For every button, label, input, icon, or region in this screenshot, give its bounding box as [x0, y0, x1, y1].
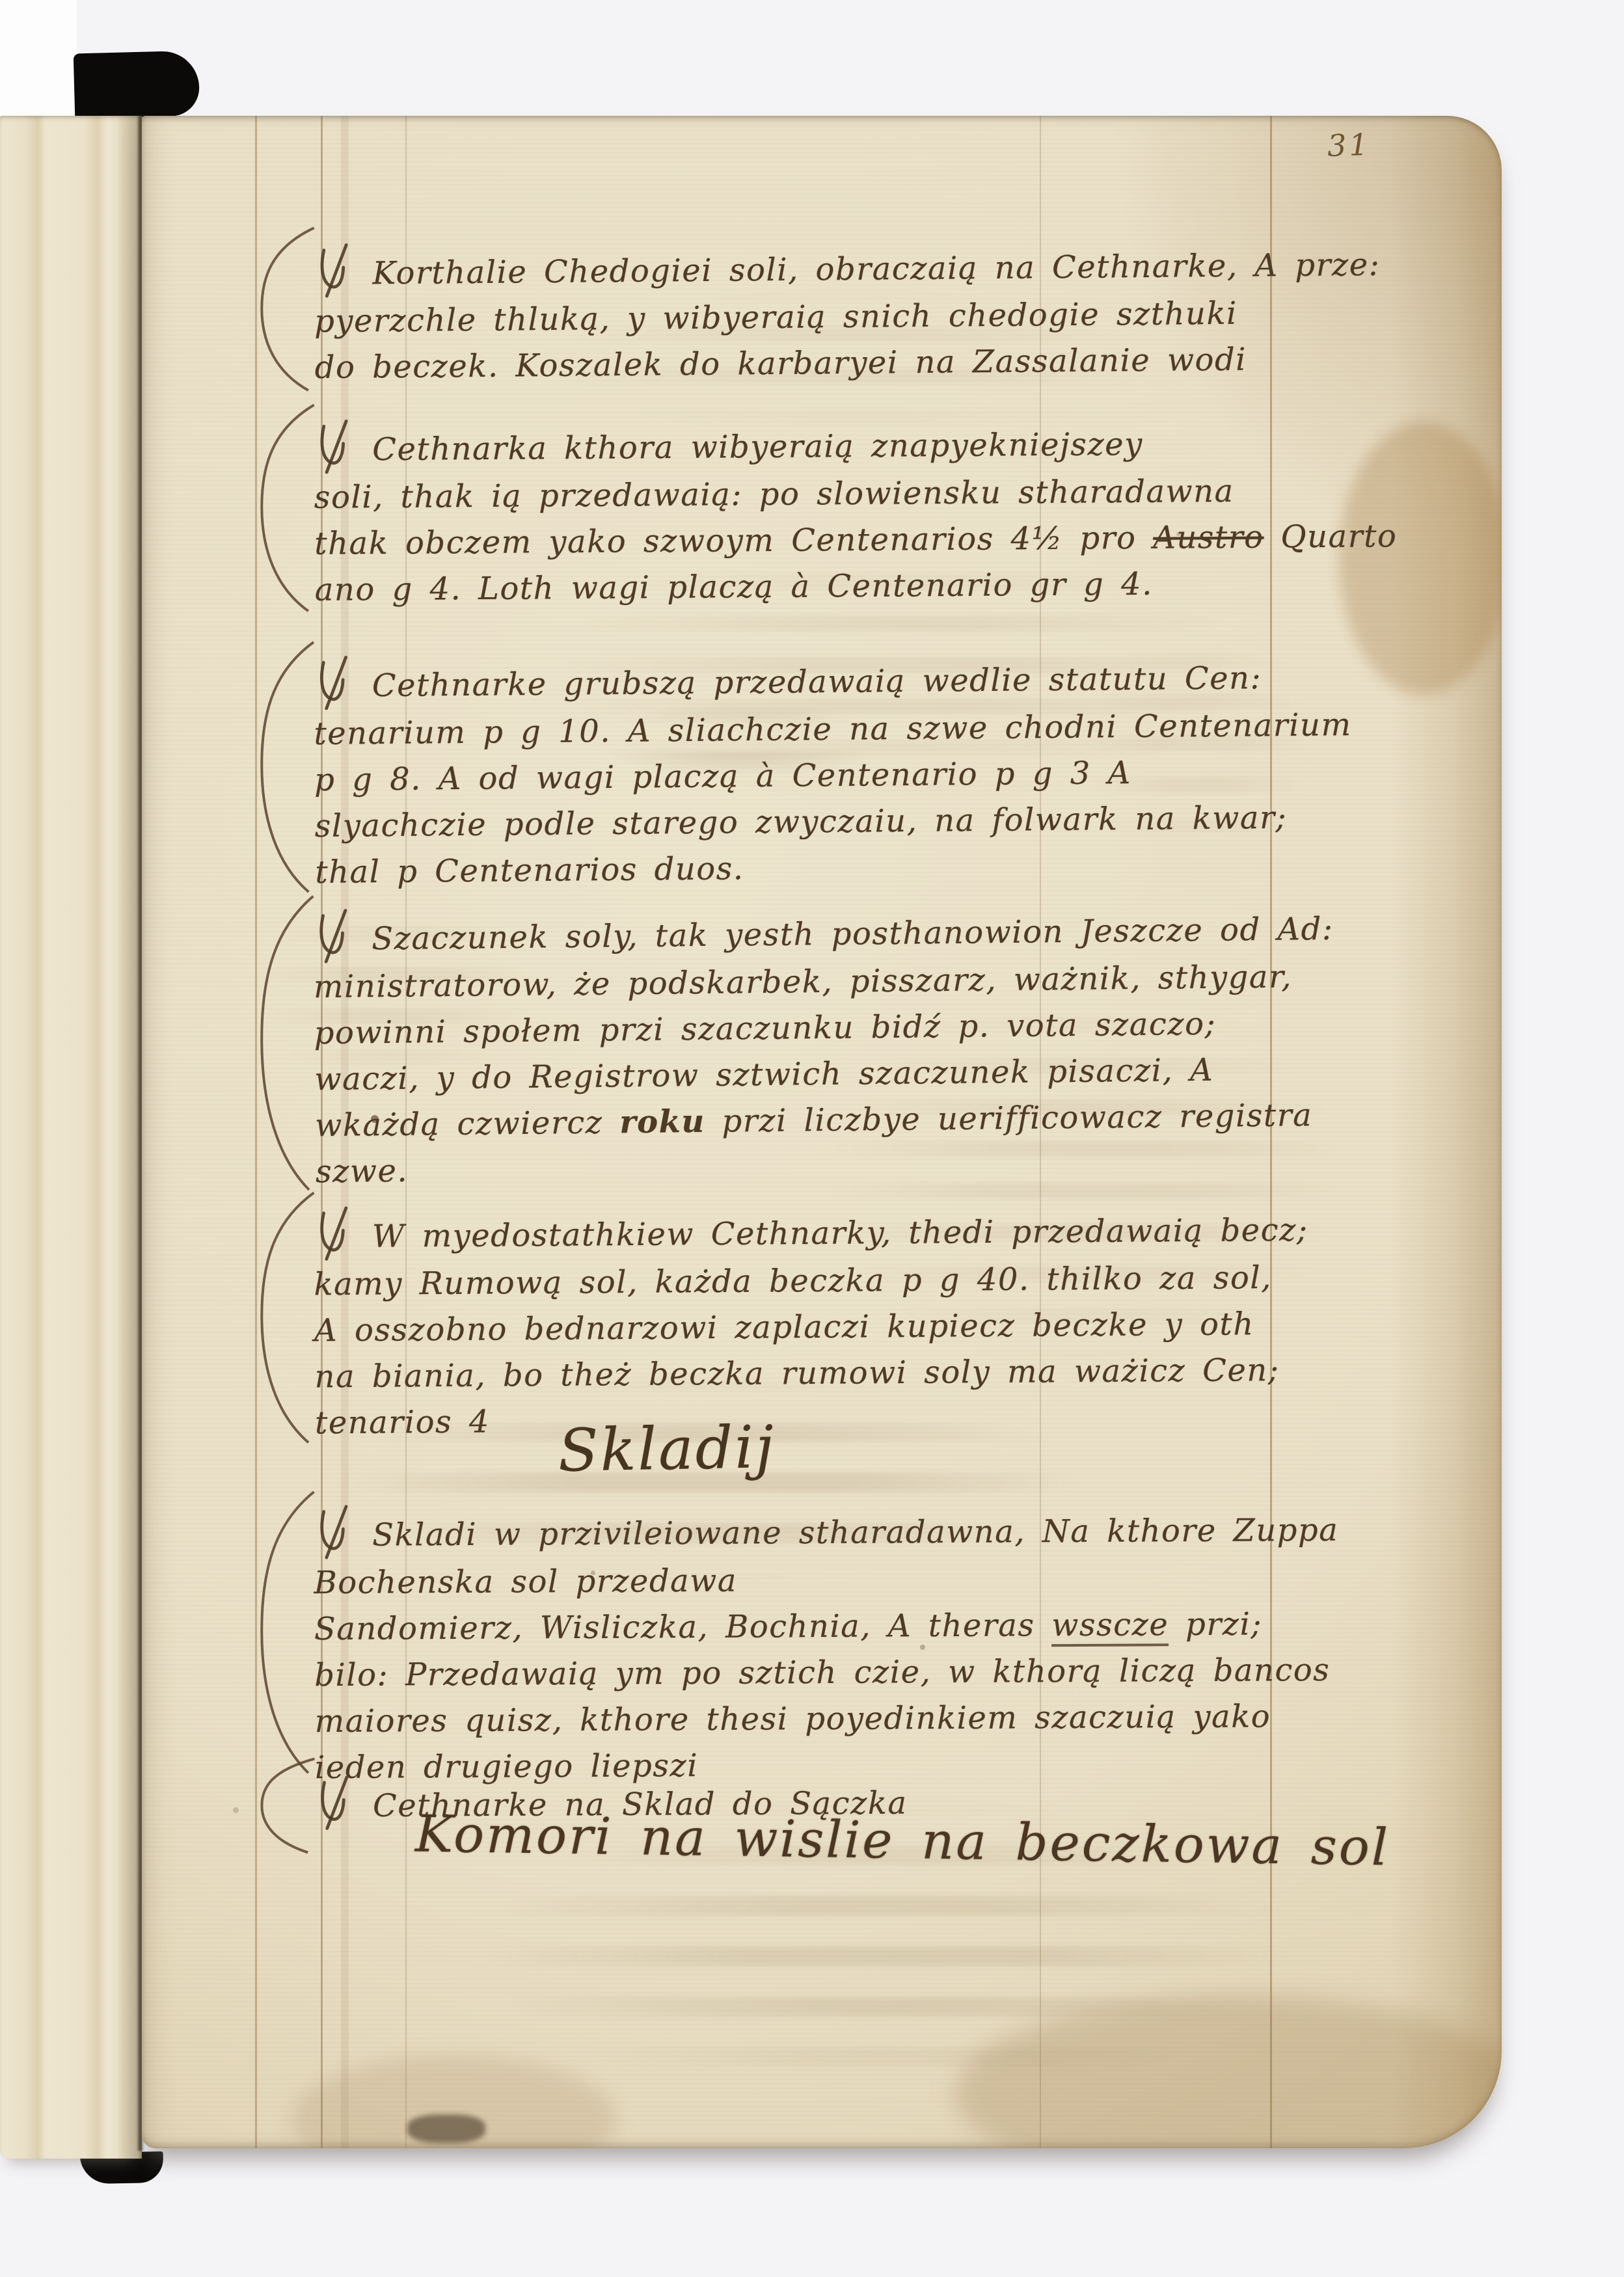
margin-bracket-icon: [251, 1187, 325, 1448]
emphasized-word: roku: [619, 1103, 705, 1140]
paragraph-line: slyachczie podle starego zwyczaiu, na fo…: [314, 794, 1353, 850]
paragraph-line: kamy Rumową sol, każda beczka p g 40. th…: [314, 1255, 1308, 1308]
paragraph-line: Bochenska sol przedawa: [314, 1555, 1339, 1606]
left-page-edges: [0, 116, 142, 2159]
paragraph-line: bilo: Przedawaią ym po sztich czie, w kt…: [314, 1647, 1340, 1699]
scanner-bed-corner: [0, 0, 77, 117]
paragraph: Szaczunek soly, tak yesth posthanowion J…: [313, 898, 1336, 1195]
paragraph: Korthalie Chedogiei soli, obraczaią na C…: [314, 234, 1381, 391]
paragraph-line: W myedostathkiew Cethnarky, thedi przeda…: [372, 1212, 1308, 1255]
paragraph-line: thak obczem yako szwoym Centenarios 4½ p…: [314, 513, 1398, 567]
paragraph: Cethnarka kthora wibyeraią znapyekniejsz…: [314, 411, 1398, 613]
paragraph-line: soli, thak ią przedawaią: po slowiensku …: [314, 467, 1398, 521]
underlined-word: wsscze: [1051, 1606, 1169, 1647]
paragraph-line: Cethnarka kthora wibyeraią znapyekniejsz…: [372, 426, 1143, 468]
binding-strap-top: [74, 51, 200, 119]
paragraph: Cethnarke grubszą przedawaią wedlie stat…: [313, 646, 1353, 896]
section-heading-sklady: Skladij: [558, 1415, 776, 1484]
paragraph-line: Cethnarke grubszą przedawaią wedlie stat…: [372, 660, 1262, 704]
paragraph-line: Korthalie Chedogiei soli, obraczaią na C…: [372, 247, 1380, 292]
margin-bracket-icon: [250, 637, 324, 898]
paragraph: Skladi w przivileiowane stharadawna, Na …: [314, 1499, 1340, 1791]
paragraph-line: na biania, bo theż beczka rumowi soly ma…: [314, 1347, 1309, 1401]
margin-bracket-icon: [250, 890, 325, 1196]
paragraph-line: maiores quisz, kthore thesi poyedinkiem …: [314, 1693, 1340, 1745]
paragraph-line: Sandomierz, Wisliczka, Bochnia, A theras…: [314, 1601, 1340, 1652]
paragraph-line: tenarium p g 10. A sliachczie na szwe ch…: [314, 702, 1352, 757]
margin-bracket-icon: [251, 1486, 324, 1779]
manuscript-page: 31 Korthalie Chedogiei soli, obraczaią n…: [142, 116, 1502, 2148]
paragraph: W myedostathkiew Cethnarky, thedi przeda…: [314, 1199, 1310, 1447]
margin-bracket-icon: [251, 224, 324, 394]
paragraph-line: tenarios 4: [315, 1394, 1310, 1447]
paragraph-line: A osszobno bednarzowi zaplaczi kupiecz b…: [314, 1301, 1309, 1354]
paragraph-line: Szaczunek soly, tak yesth posthanowion J…: [372, 911, 1334, 957]
paragraph-line: ano g 4. Loth wagi placzą à Centenario g…: [315, 559, 1398, 613]
struck-word: Austro: [1153, 519, 1264, 556]
paragraph-line: do beczek. Koszalek do karbaryei na Zass…: [314, 336, 1381, 391]
paragraph-line: thal p Centenarios duos.: [315, 841, 1353, 896]
paragraph-line: Skladi w przivileiowane stharadawna, Na …: [372, 1512, 1338, 1554]
margin-bracket-icon: [252, 1757, 324, 1855]
margin-bracket-icon: [251, 401, 324, 616]
smudge: [407, 2114, 485, 2143]
scanned-manuscript: 31 Korthalie Chedogiei soli, obraczaią n…: [0, 0, 1624, 2277]
ink-speck: [233, 1807, 239, 1813]
page-number: 31: [1327, 127, 1371, 163]
